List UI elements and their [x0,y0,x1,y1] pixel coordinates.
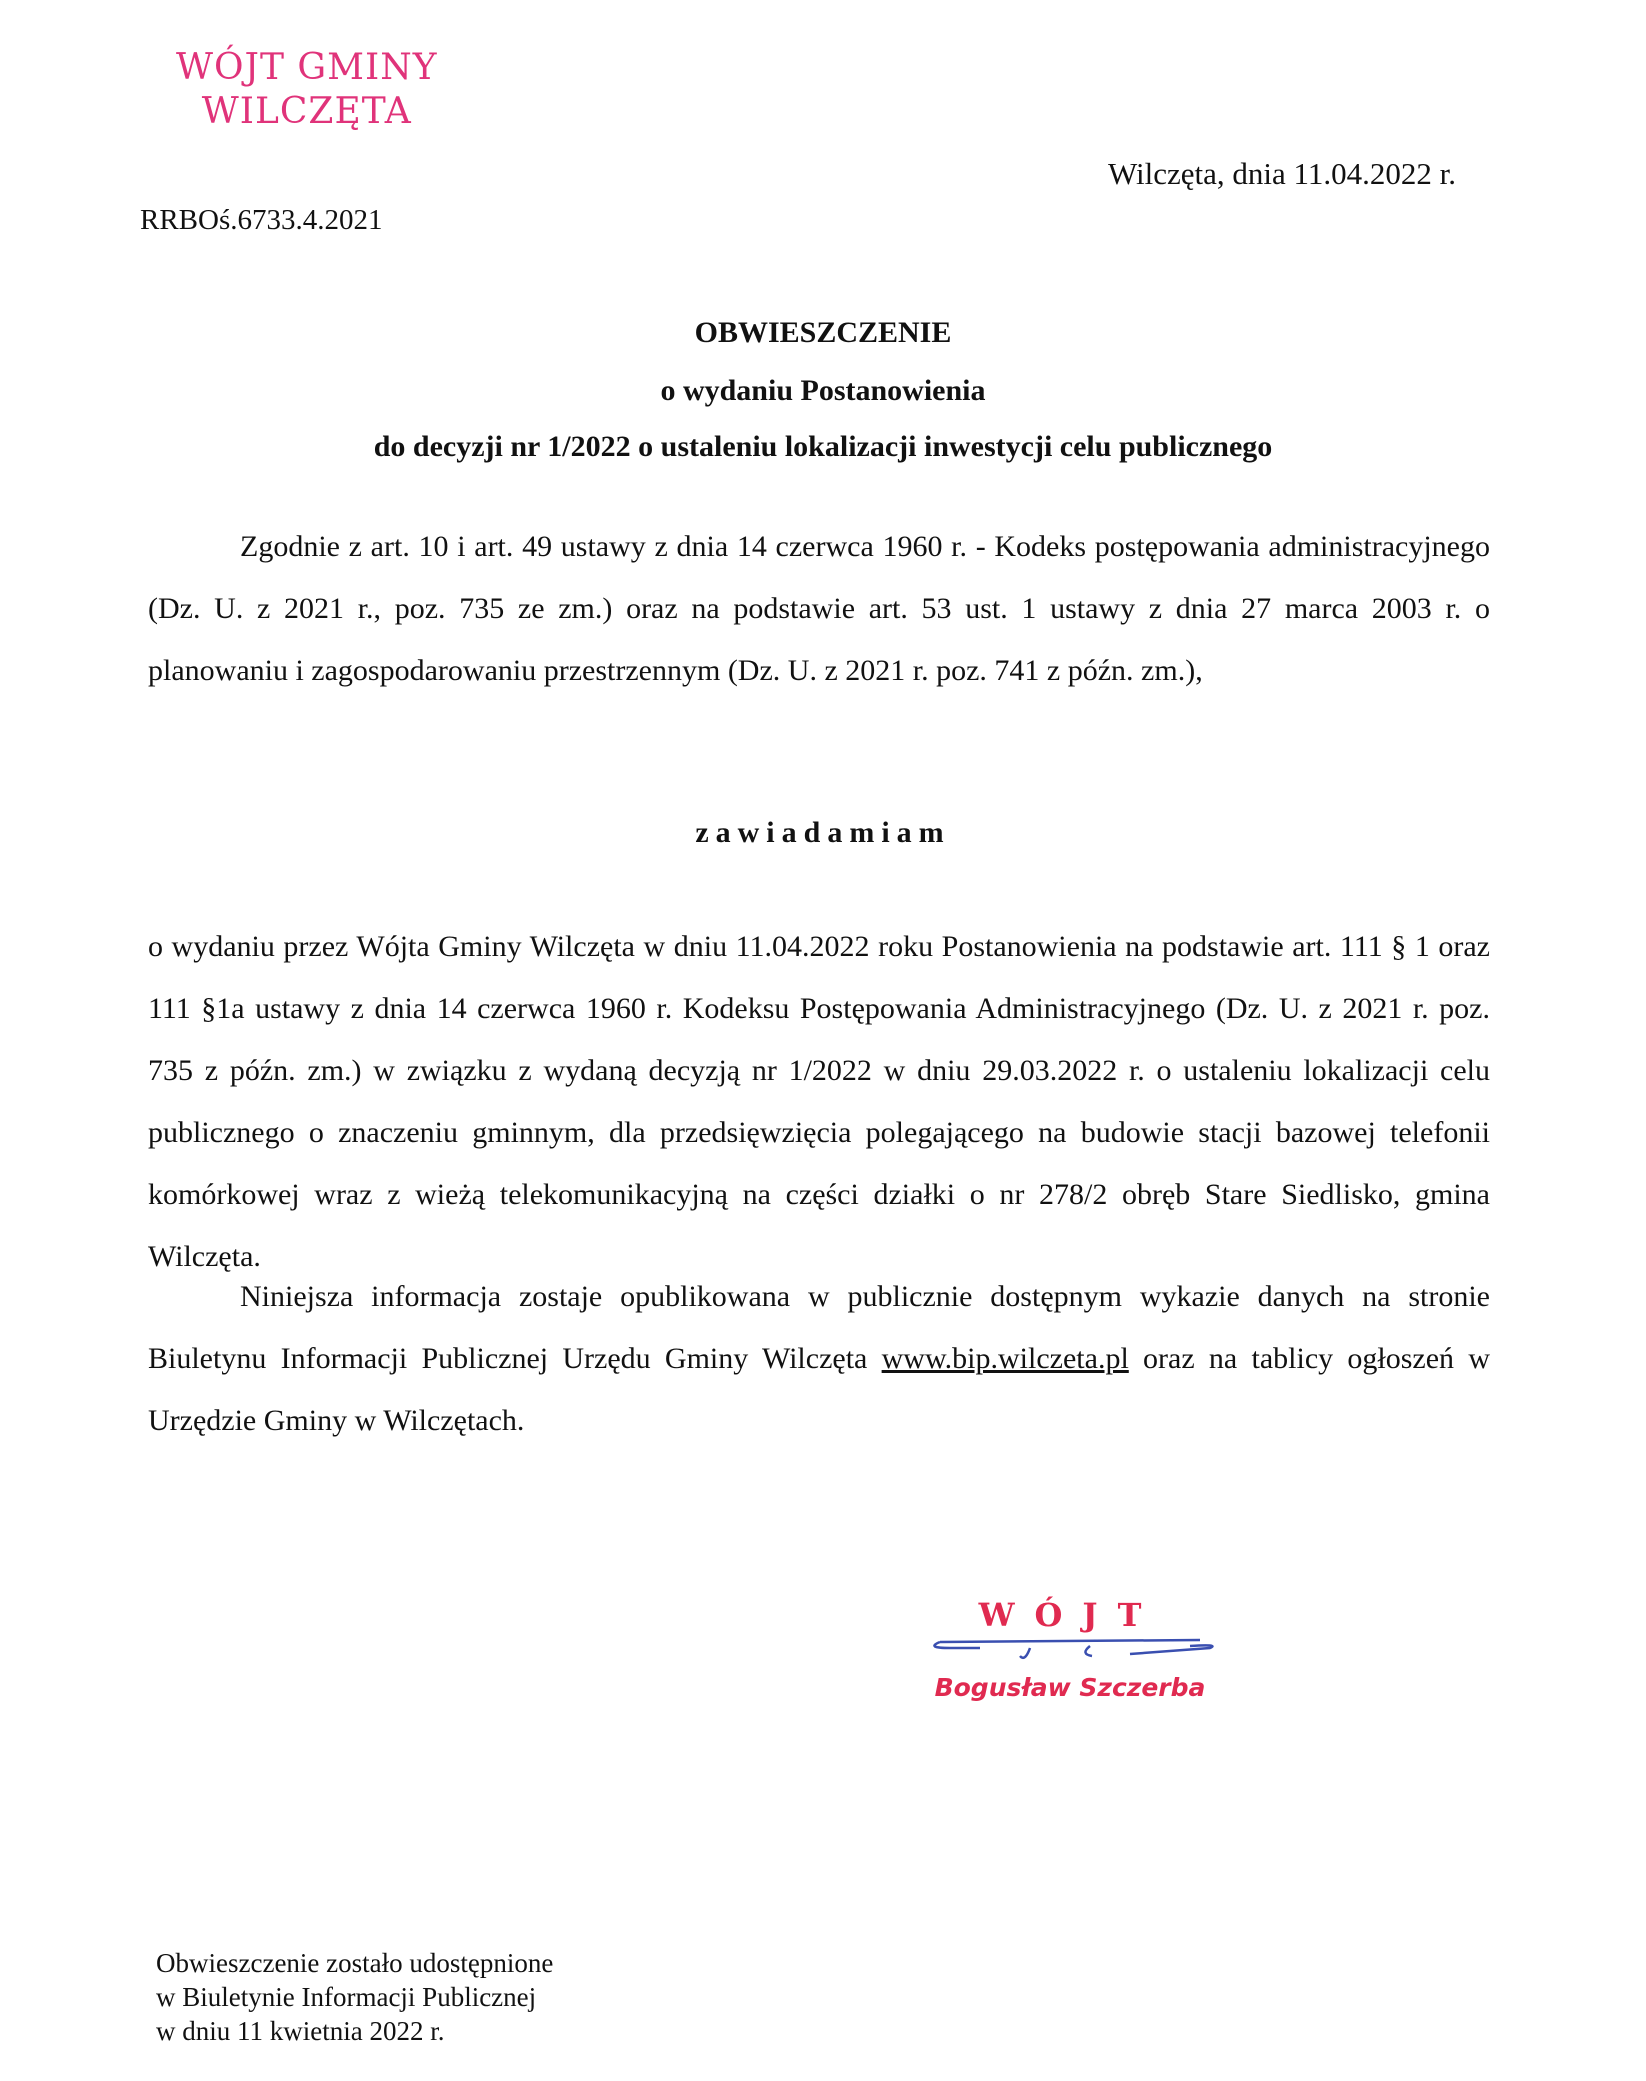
document-subject: do decyzji nr 1/2022 o ustaleniu lokaliz… [0,430,1646,464]
body-paragraph: o wydaniu przez Wójta Gminy Wilczęta w d… [148,916,1490,1288]
signature-title: WÓJT [900,1596,1240,1634]
signatory-name: Bogusław Szczerba [900,1673,1240,1702]
stamp-line-1: WÓJT GMINY [176,46,438,90]
document-subtitle: o wydaniu Postanowienia [0,374,1646,408]
place-date: Wilczęta, dnia 11.04.2022 r. [1108,156,1456,192]
office-stamp: WÓJT GMINY WILCZĘTA [176,46,438,134]
footer-line-3: w dniu 11 kwietnia 2022 r. [156,2014,553,2048]
publication-note: Obwieszczenie zostało udostępnione w Biu… [156,1946,553,2048]
announcement-word: zawiadamiam [0,816,1646,850]
info-paragraph: Niniejsza informacja zostaje opublikowan… [148,1266,1490,1452]
footer-line-2: w Biuletynie Informacji Publicznej [156,1980,553,2014]
handwritten-signature-icon [920,1634,1220,1664]
footer-line-1: Obwieszczenie zostało udostępnione [156,1946,553,1980]
intro-paragraph: Zgodnie z art. 10 i art. 49 ustawy z dni… [148,516,1490,702]
signature-stamp: WÓJT Bogusław Szczerba [900,1596,1240,1702]
stamp-line-2: WILCZĘTA [176,90,438,134]
document-title: OBWIESZCZENIE [0,316,1646,350]
bip-link[interactable]: www.bip.wilczeta.pl [882,1342,1129,1375]
reference-number: RRBOś.6733.4.2021 [140,204,383,237]
